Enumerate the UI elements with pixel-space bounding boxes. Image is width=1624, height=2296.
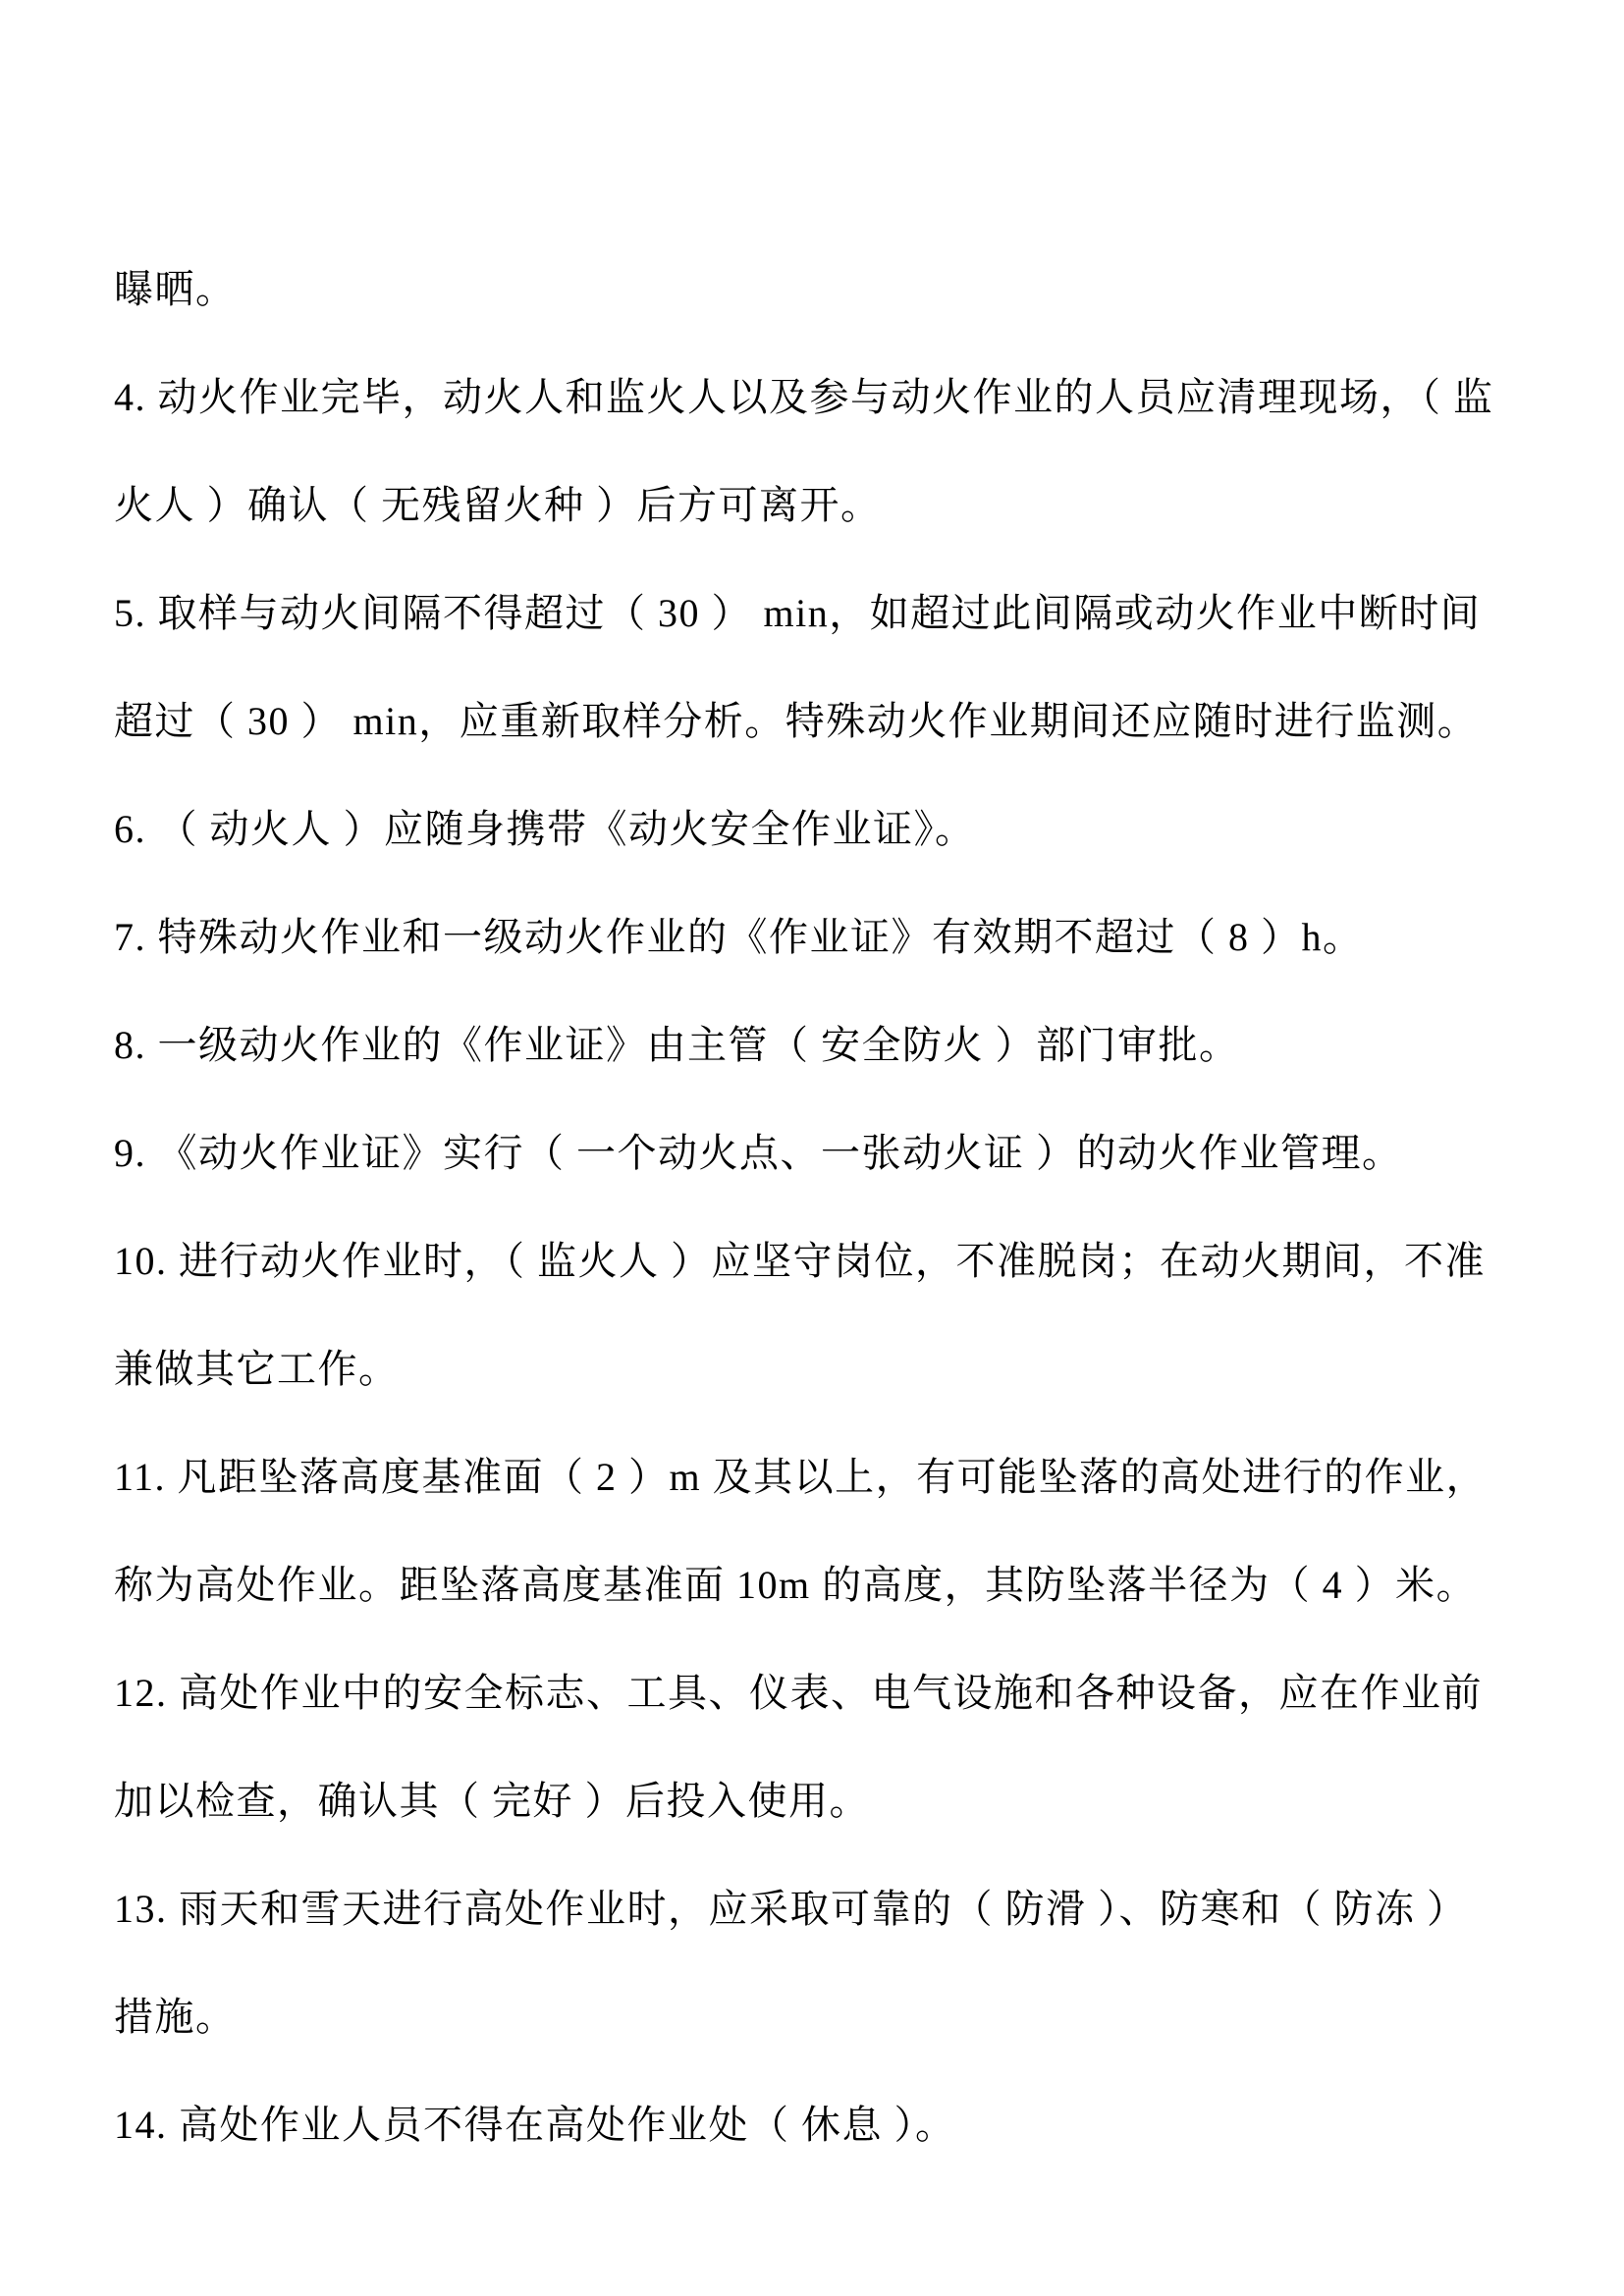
document-line-q7: 7. 特殊动火作业和一级动火作业的《作业证》有效期不超过（ 8 ）h。 — [114, 883, 1547, 991]
document-line-q8: 8. 一级动火作业的《作业证》由主管（ 安全防火 ）部门审批。 — [114, 991, 1547, 1099]
document-line-q10-1: 10. 进行动火作业时，（ 监火人 ）应坚守岗位，不准脱岗；在动火期间，不准 — [114, 1207, 1547, 1315]
document-page: 曝晒。 4. 动火作业完毕，动火人和监火人以及参与动火作业的人员应清理现场，（ … — [0, 0, 1624, 2296]
document-line-q13-1: 13. 雨天和雪天进行高处作业时，应采取可靠的（ 防滑 ）、防寒和（ 防冻 ） — [114, 1855, 1547, 1963]
document-line-q4-1: 4. 动火作业完毕，动火人和监火人以及参与动火作业的人员应清理现场，（ 监 — [114, 344, 1547, 452]
document-line-q14: 14. 高处作业人员不得在高处作业处（ 休息 ）。 — [114, 2071, 1547, 2179]
document-line-q5-1: 5. 取样与动火间隔不得超过（ 30 ） min，如超过此间隔或动火作业中断时间 — [114, 560, 1547, 667]
document-line-q5-2: 超过（ 30 ） min，应重新取样分析。特殊动火作业期间还应随时进行监测。 — [114, 667, 1547, 775]
document-line-q12-2: 加以检查，确认其（ 完好 ）后投入使用。 — [114, 1747, 1547, 1855]
document-line-q9: 9. 《动火作业证》实行（ 一个动火点、一张动火证 ）的动火作业管理。 — [114, 1099, 1547, 1207]
document-line-q13-2: 措施。 — [114, 1963, 1547, 2071]
document-line-q11-2: 称为高处作业。距坠落高度基准面 10m 的高度，其防坠落半径为（ 4 ）米。 — [114, 1531, 1547, 1639]
document-line-q10-2: 兼做其它工作。 — [114, 1315, 1547, 1423]
document-line-q12-1: 12. 高处作业中的安全标志、工具、仪表、电气设施和各种设备，应在作业前 — [114, 1639, 1547, 1747]
document-line-q4-2: 火人 ）确认（ 无残留火种 ）后方可离开。 — [114, 452, 1547, 560]
document-line-continuation-q3: 曝晒。 — [114, 236, 1547, 344]
document-line-q6: 6. （ 动火人 ）应随身携带《动火安全作业证》。 — [114, 775, 1547, 883]
document-line-q11-1: 11. 凡距坠落高度基准面（ 2 ）m 及其以上，有可能坠落的高处进行的作业， — [114, 1423, 1547, 1531]
